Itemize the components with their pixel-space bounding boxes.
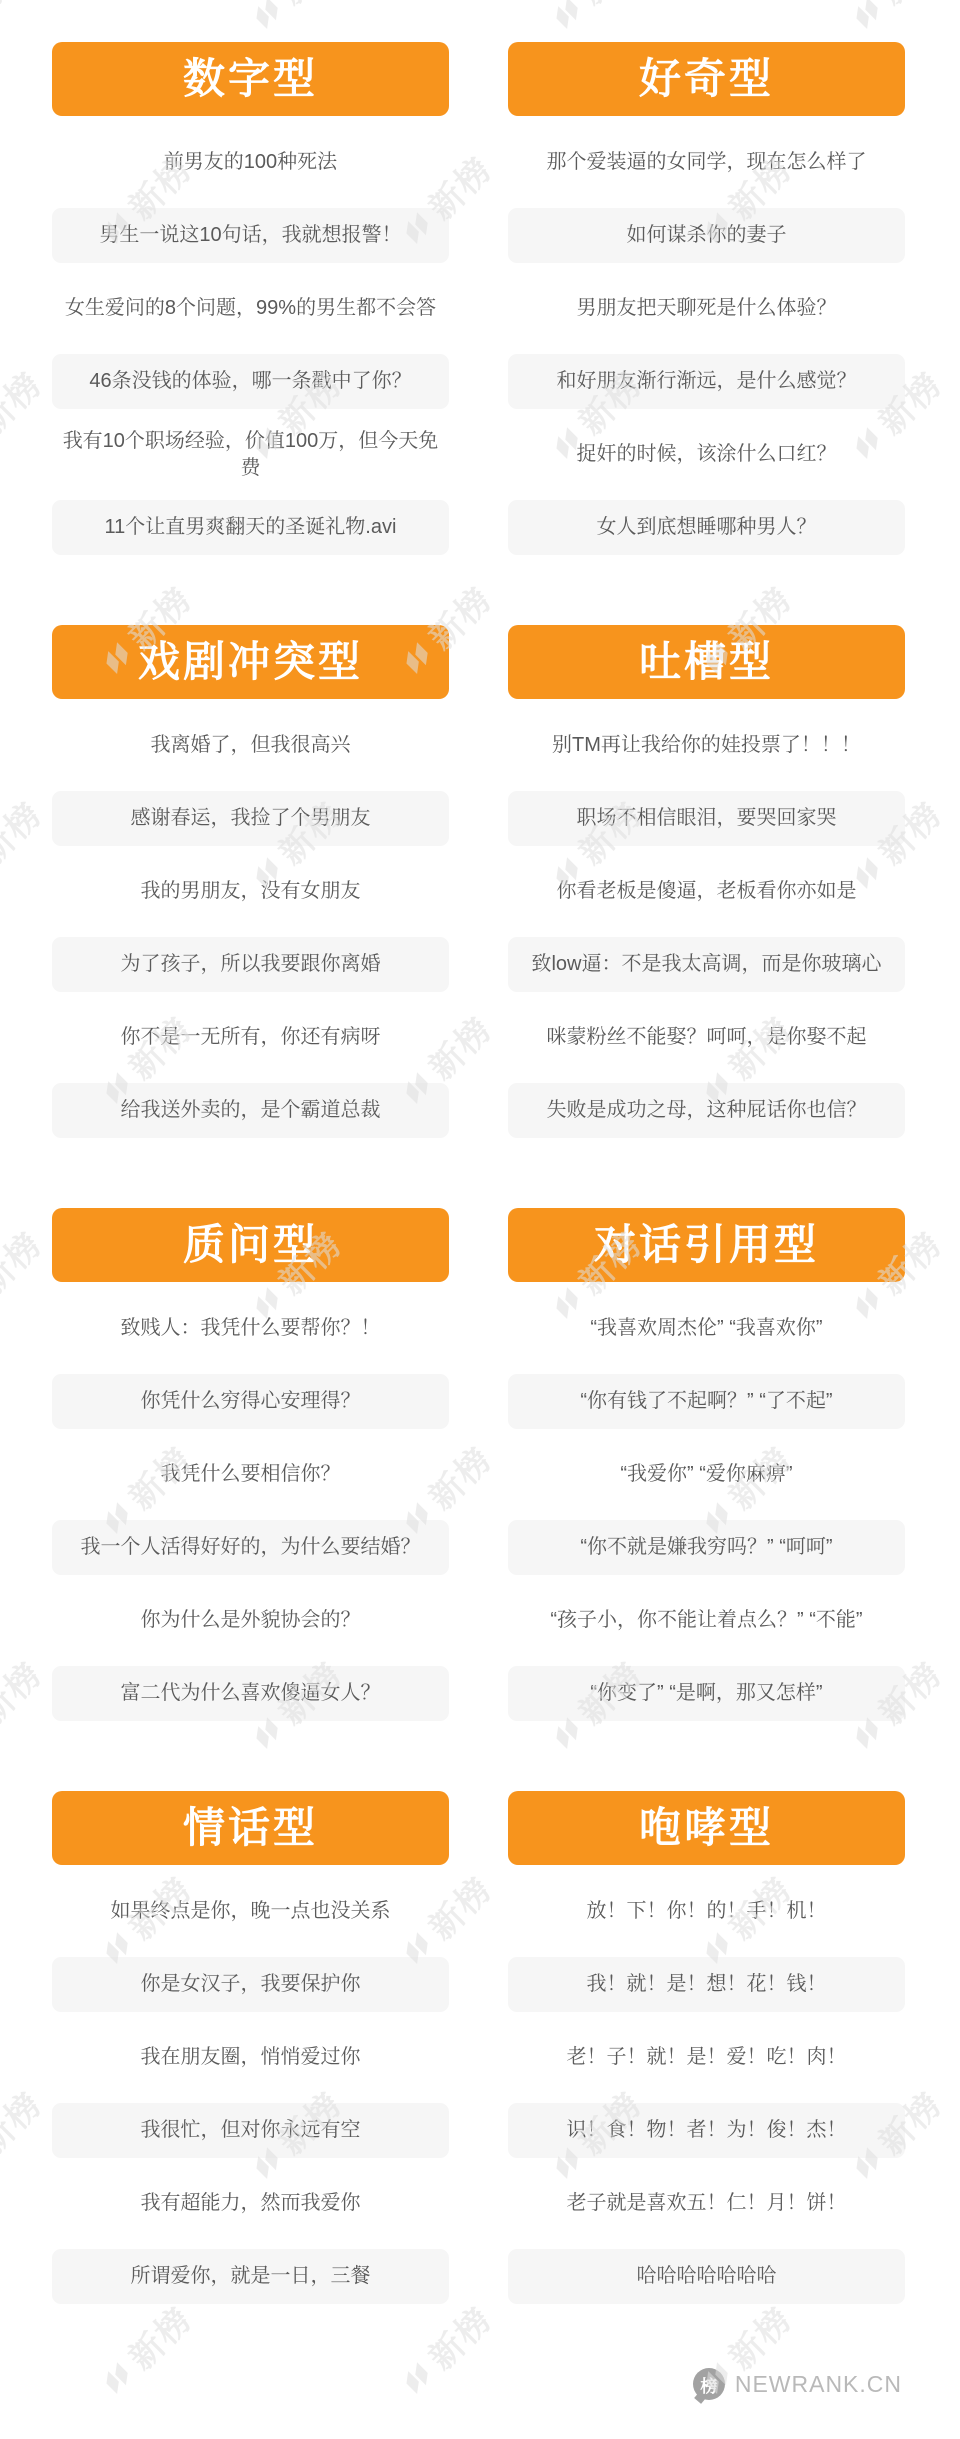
section: 戏剧冲突型 我离婚了，但我很高兴 感谢春运，我捡了个男朋友 我的男朋友，没有女朋… <box>52 625 449 1138</box>
watermark-text: 新榜 <box>716 2293 802 2379</box>
section-title: 好奇型 <box>639 58 774 100</box>
item-text: 老子就是喜欢五！仁！月！饼！ <box>567 2190 847 2216</box>
section-items: 我离婚了，但我很高兴 感谢春运，我捡了个男朋友 我的男朋友，没有女朋友 为了孩子… <box>52 718 449 1138</box>
section-title: 质问型 <box>183 1224 318 1266</box>
item-text: 职场不相信眼泪，要哭回家哭 <box>577 805 837 831</box>
item-text: “你有钱了不起啊？” “了不起” <box>580 1388 832 1414</box>
item-text: 你为什么是外貌协会的？ <box>141 1607 361 1633</box>
item-text: 我在朋友圈，悄悄爱过你 <box>141 2044 361 2070</box>
item-text: 我有超能力，然而我爱你 <box>141 2190 361 2216</box>
section-items: 致贱人：我凭什么要帮你？！ 你凭什么穷得心安理得？ 我凭什么要相信你？ 我一个人… <box>52 1301 449 1721</box>
section: 好奇型 那个爱装逼的女同学，现在怎么样了 如何谋杀你的妻子 男朋友把天聊死是什么… <box>508 42 905 555</box>
section-title: 对话引用型 <box>594 1224 819 1266</box>
item-text: 你是女汉子，我要保护你 <box>141 1971 361 1997</box>
item-text: 为了孩子，所以我要跟你离婚 <box>121 951 381 977</box>
watermark-text: 新榜 <box>116 2293 202 2379</box>
item-text: 我离婚了，但我很高兴 <box>151 732 351 758</box>
list-item: “你有钱了不起啊？” “了不起” <box>508 1374 905 1429</box>
item-text: 和好朋友渐行渐远，是什么感觉？ <box>557 368 857 394</box>
item-text: 你不是一无所有，你还有病呀 <box>121 1024 381 1050</box>
list-item: 致low逼：不是我太高调，而是你玻璃心 <box>508 937 905 992</box>
watermark: 新榜 <box>389 2293 501 2405</box>
item-text: 女人到底想睡哪种男人？ <box>597 514 817 540</box>
list-item: 我有超能力，然而我爱你 <box>52 2176 449 2231</box>
list-item: 老子就是喜欢五！仁！月！饼！ <box>508 2176 905 2231</box>
section: 情话型 如果终点是你，晚一点也没关系 你是女汉子，我要保护你 我在朋友圈，悄悄爱… <box>52 1791 449 2304</box>
list-item: 放！下！你！的！手！机！ <box>508 1884 905 1939</box>
list-item: 你凭什么穷得心安理得？ <box>52 1374 449 1429</box>
item-text: 致low逼：不是我太高调，而是你玻璃心 <box>531 951 881 977</box>
item-text: “孩子小，你不能让着点么？” “不能” <box>550 1607 862 1633</box>
section-items: 如果终点是你，晚一点也没关系 你是女汉子，我要保护你 我在朋友圈，悄悄爱过你 我… <box>52 1884 449 2304</box>
newrank-badge-icon: 榜 <box>693 2368 725 2400</box>
list-item: 你是女汉子，我要保护你 <box>52 1957 449 2012</box>
watermark-text: 新榜 <box>416 2293 502 2379</box>
list-item: 你看老板是傻逼，老板看你亦如是 <box>508 864 905 919</box>
section-title: 数字型 <box>183 58 318 100</box>
list-item: 我很忙，但对你永远有空 <box>52 2103 449 2158</box>
item-text: 女生爱问的8个问题，99%的男生都不会答 <box>65 295 436 321</box>
section: 咆哮型 放！下！你！的！手！机！ 我！就！是！想！花！钱！ 老！子！就！是！爱！… <box>508 1791 905 2304</box>
list-item: 我凭什么要相信你？ <box>52 1447 449 1502</box>
section-title: 情话型 <box>183 1807 318 1849</box>
item-text: 所谓爱你，就是一日，三餐 <box>131 2263 371 2289</box>
section-header: 咆哮型 <box>508 1791 905 1865</box>
list-item: 我！就！是！想！花！钱！ <box>508 1957 905 2012</box>
item-text: 老！子！就！是！爱！吃！肉！ <box>567 2044 847 2070</box>
section-header: 戏剧冲突型 <box>52 625 449 699</box>
list-item: 致贱人：我凭什么要帮你？！ <box>52 1301 449 1356</box>
list-item: 我有10个职场经验，价值100万，但今天免费 <box>52 427 449 482</box>
list-item: “我喜欢周杰伦” “我喜欢你” <box>508 1301 905 1356</box>
section-header: 数字型 <box>52 42 449 116</box>
list-item: 前男友的100种死法 <box>52 135 449 190</box>
list-item: 我一个人活得好好的，为什么要结婚？ <box>52 1520 449 1575</box>
section-header: 对话引用型 <box>508 1208 905 1282</box>
item-text: 我有10个职场经验，价值100万，但今天免费 <box>60 428 441 481</box>
list-item: 我离婚了，但我很高兴 <box>52 718 449 773</box>
list-item: 女人到底想睡哪种男人？ <box>508 500 905 555</box>
item-text: “我爱你” “爱你麻痹” <box>620 1461 792 1487</box>
item-text: “我喜欢周杰伦” “我喜欢你” <box>590 1315 822 1341</box>
list-item: 如果终点是你，晚一点也没关系 <box>52 1884 449 1939</box>
list-item: “你不就是嫌我穷吗？” “呵呵” <box>508 1520 905 1575</box>
section-title: 咆哮型 <box>639 1807 774 1849</box>
item-text: 你凭什么穷得心安理得？ <box>141 1388 361 1414</box>
item-text: 感谢春运，我捡了个男朋友 <box>131 805 371 831</box>
list-item: 男朋友把天聊死是什么体验？ <box>508 281 905 336</box>
list-item: 如何谋杀你的妻子 <box>508 208 905 263</box>
list-item: 我在朋友圈，悄悄爱过你 <box>52 2030 449 2085</box>
section: 数字型 前男友的100种死法 男生一说这10句话，我就想报警！ 女生爱问的8个问… <box>52 42 449 555</box>
list-item: 哈哈哈哈哈哈哈 <box>508 2249 905 2304</box>
list-item: 老！子！就！是！爱！吃！肉！ <box>508 2030 905 2085</box>
list-item: 识！食！物！者！为！俊！杰！ <box>508 2103 905 2158</box>
list-item: 给我送外卖的，是个霸道总裁 <box>52 1083 449 1138</box>
list-item: 那个爱装逼的女同学，现在怎么样了 <box>508 135 905 190</box>
list-item: 咪蒙粉丝不能娶？呵呵，是你娶不起 <box>508 1010 905 1065</box>
list-item: 别TM再让我给你的娃投票了！！！ <box>508 718 905 773</box>
list-item: 你不是一无所有，你还有病呀 <box>52 1010 449 1065</box>
section: 对话引用型 “我喜欢周杰伦” “我喜欢你” “你有钱了不起啊？” “了不起” “… <box>508 1208 905 1721</box>
item-text: 放！下！你！的！手！机！ <box>587 1898 827 1924</box>
section-items: 别TM再让我给你的娃投票了！！！ 职场不相信眼泪，要哭回家哭 你看老板是傻逼，老… <box>508 718 905 1138</box>
item-text: 哈哈哈哈哈哈哈 <box>637 2263 777 2289</box>
item-text: 我凭什么要相信你？ <box>161 1461 341 1487</box>
item-text: 咪蒙粉丝不能娶？呵呵，是你娶不起 <box>547 1024 867 1050</box>
item-text: 那个爱装逼的女同学，现在怎么样了 <box>547 149 867 175</box>
list-item: 和好朋友渐行渐远，是什么感觉？ <box>508 354 905 409</box>
list-item: 女生爱问的8个问题，99%的男生都不会答 <box>52 281 449 336</box>
list-item: “孩子小，你不能让着点么？” “不能” <box>508 1593 905 1648</box>
list-item: 46条没钱的体验，哪一条戳中了你？ <box>52 354 449 409</box>
list-item: 感谢春运，我捡了个男朋友 <box>52 791 449 846</box>
item-text: 我一个人活得好好的，为什么要结婚？ <box>81 1534 421 1560</box>
section-items: 放！下！你！的！手！机！ 我！就！是！想！花！钱！ 老！子！就！是！爱！吃！肉！… <box>508 1884 905 2304</box>
section-title: 吐槽型 <box>639 641 774 683</box>
item-text: 富二代为什么喜欢傻逼女人？ <box>121 1680 381 1706</box>
list-item: 失败是成功之母，这种屁话你也信？ <box>508 1083 905 1138</box>
brand-name: NEWRANK.CN <box>735 2371 902 2398</box>
item-text: 46条没钱的体验，哪一条戳中了你？ <box>89 368 411 394</box>
list-item: “我爱你” “爱你麻痹” <box>508 1447 905 1502</box>
item-text: 捉奸的时候，该涂什么口红？ <box>577 441 837 467</box>
section-header: 情话型 <box>52 1791 449 1865</box>
item-text: 别TM再让我给你的娃投票了！！！ <box>552 732 861 758</box>
list-item: 所谓爱你，就是一日，三餐 <box>52 2249 449 2304</box>
item-text: “你变了” “是啊，那又怎样” <box>590 1680 822 1706</box>
sections-grid: 数字型 前男友的100种死法 男生一说这10句话，我就想报警！ 女生爱问的8个问… <box>0 0 960 2304</box>
watermark: 新榜 <box>89 2293 201 2405</box>
item-text: 我的男朋友，没有女朋友 <box>141 878 361 904</box>
item-text: 如果终点是你，晚一点也没关系 <box>111 1898 391 1924</box>
list-item: 男生一说这10句话，我就想报警！ <box>52 208 449 263</box>
list-item: 我的男朋友，没有女朋友 <box>52 864 449 919</box>
item-text: 我！就！是！想！花！钱！ <box>587 1971 827 1997</box>
list-item: 富二代为什么喜欢傻逼女人？ <box>52 1666 449 1721</box>
item-text: 识！食！物！者！为！俊！杰！ <box>567 2117 847 2143</box>
list-item: 11个让直男爽翻天的圣诞礼物.avi <box>52 500 449 555</box>
item-text: 我很忙，但对你永远有空 <box>141 2117 361 2143</box>
newrank-n-icon <box>396 2357 438 2399</box>
item-text: 11个让直男爽翻天的圣诞礼物.avi <box>105 514 397 540</box>
section: 吐槽型 别TM再让我给你的娃投票了！！！ 职场不相信眼泪，要哭回家哭 你看老板是… <box>508 625 905 1138</box>
section: 质问型 致贱人：我凭什么要帮你？！ 你凭什么穷得心安理得？ 我凭什么要相信你？ … <box>52 1208 449 1721</box>
list-item: 你为什么是外貌协会的？ <box>52 1593 449 1648</box>
newrank-n-icon <box>96 2357 138 2399</box>
section-header: 质问型 <box>52 1208 449 1282</box>
section-title: 戏剧冲突型 <box>138 641 363 683</box>
section-items: 前男友的100种死法 男生一说这10句话，我就想报警！ 女生爱问的8个问题，99… <box>52 135 449 555</box>
item-text: “你不就是嫌我穷吗？” “呵呵” <box>580 1534 832 1560</box>
item-text: 你看老板是傻逼，老板看你亦如是 <box>557 878 857 904</box>
section-header: 好奇型 <box>508 42 905 116</box>
page: 数字型 前男友的100种死法 男生一说这10句话，我就想报警！ 女生爱问的8个问… <box>0 0 960 2439</box>
list-item: 为了孩子，所以我要跟你离婚 <box>52 937 449 992</box>
footer-brand: 榜 NEWRANK.CN <box>693 2368 902 2400</box>
item-text: 给我送外卖的，是个霸道总裁 <box>121 1097 381 1123</box>
item-text: 致贱人：我凭什么要帮你？！ <box>121 1315 381 1341</box>
section-items: 那个爱装逼的女同学，现在怎么样了 如何谋杀你的妻子 男朋友把天聊死是什么体验？ … <box>508 135 905 555</box>
list-item: 捉奸的时候，该涂什么口红？ <box>508 427 905 482</box>
item-text: 男生一说这10句话，我就想报警！ <box>99 222 401 248</box>
item-text: 失败是成功之母，这种屁话你也信？ <box>547 1097 867 1123</box>
section-items: “我喜欢周杰伦” “我喜欢你” “你有钱了不起啊？” “了不起” “我爱你” “… <box>508 1301 905 1721</box>
item-text: 男朋友把天聊死是什么体验？ <box>577 295 837 321</box>
item-text: 前男友的100种死法 <box>164 149 337 175</box>
badge-char: 榜 <box>700 2372 717 2397</box>
item-text: 如何谋杀你的妻子 <box>627 222 787 248</box>
list-item: “你变了” “是啊，那又怎样” <box>508 1666 905 1721</box>
section-header: 吐槽型 <box>508 625 905 699</box>
list-item: 职场不相信眼泪，要哭回家哭 <box>508 791 905 846</box>
